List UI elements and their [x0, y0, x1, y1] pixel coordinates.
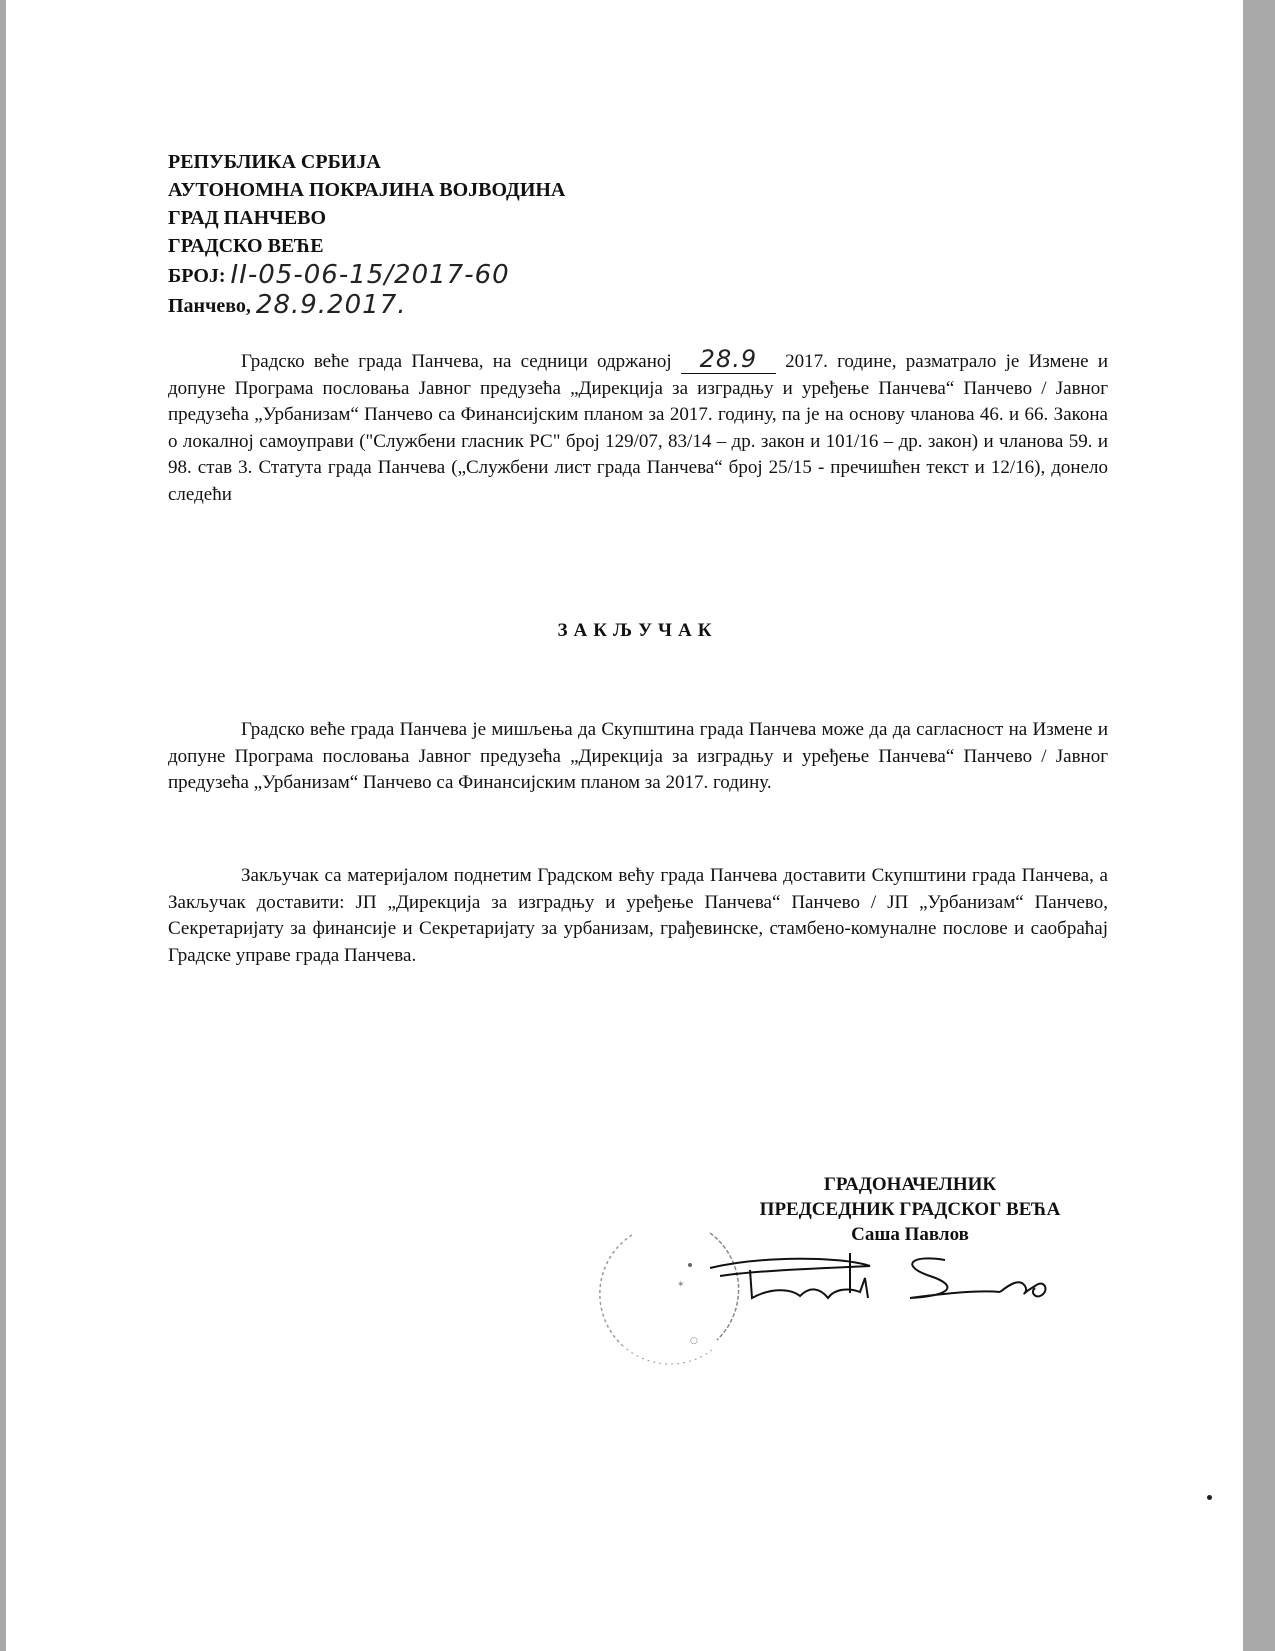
scan-edge-left — [0, 0, 6, 1651]
header-country: РЕПУБЛИКА СРБИЈА — [168, 148, 565, 176]
header-council: ГРАДСКО ВЕЋЕ — [168, 232, 565, 260]
document-title: ЗАКЉУЧАК — [0, 620, 1275, 642]
signatory-name: Саша Павлов — [700, 1222, 1120, 1247]
header-province: АУТОНОМНА ПОКРАЈИНА ВОЈВОДИНА — [168, 176, 565, 204]
scan-edge-right — [1243, 0, 1275, 1651]
scan-speck — [1207, 1495, 1212, 1500]
conclusion-paragraph-2: Закључак са материјалом поднетим Градско… — [168, 863, 1108, 969]
date-value-handwritten: 28.9.2017. — [256, 290, 407, 320]
signatory-title-president: ПРЕДСЕДНИК ГРАДСКОГ ВЕЋА — [700, 1197, 1120, 1222]
session-date-handwritten: 28.9 — [700, 345, 757, 373]
header-number-row: БРОЈ: II-05-06-15/2017-60 — [168, 260, 565, 290]
header-date-row: Панчево, 28.9.2017. — [168, 290, 565, 320]
session-date-field: 28.9 — [681, 348, 776, 374]
signatory-title-mayor: ГРАДОНАЧЕЛНИК — [700, 1172, 1120, 1197]
number-label: БРОЈ: — [168, 265, 226, 287]
preamble-text-end: 2017. године, разматрало је Измене и доп… — [168, 351, 1108, 505]
preamble-paragraph: Градско веће града Панчева, на седници о… — [168, 348, 1108, 508]
conclusion-paragraph-1: Градско веће града Панчева је мишљења да… — [168, 717, 1108, 797]
handwritten-signature-icon — [700, 1248, 1090, 1308]
signature-block: ГРАДОНАЧЕЛНИК ПРЕДСЕДНИК ГРАДСКОГ ВЕЋА С… — [700, 1172, 1120, 1247]
conclusion-text-1: Градско веће града Панчева је мишљења да… — [168, 719, 1108, 793]
header-city: ГРАД ПАНЧЕВО — [168, 204, 565, 232]
place-label: Панчево, — [168, 295, 251, 317]
svg-text:✶: ✶ — [677, 1280, 685, 1290]
preamble-text-start: Градско веће града Панчева, на седници о… — [241, 351, 681, 372]
number-value-handwritten: II-05-06-15/2017-60 — [231, 260, 510, 290]
conclusion-text-2: Закључак са материјалом поднетим Градско… — [168, 865, 1108, 966]
svg-text:○: ○ — [690, 1336, 698, 1346]
document-header: РЕПУБЛИКА СРБИЈА АУТОНОМНА ПОКРАЈИНА ВОЈ… — [168, 148, 565, 320]
